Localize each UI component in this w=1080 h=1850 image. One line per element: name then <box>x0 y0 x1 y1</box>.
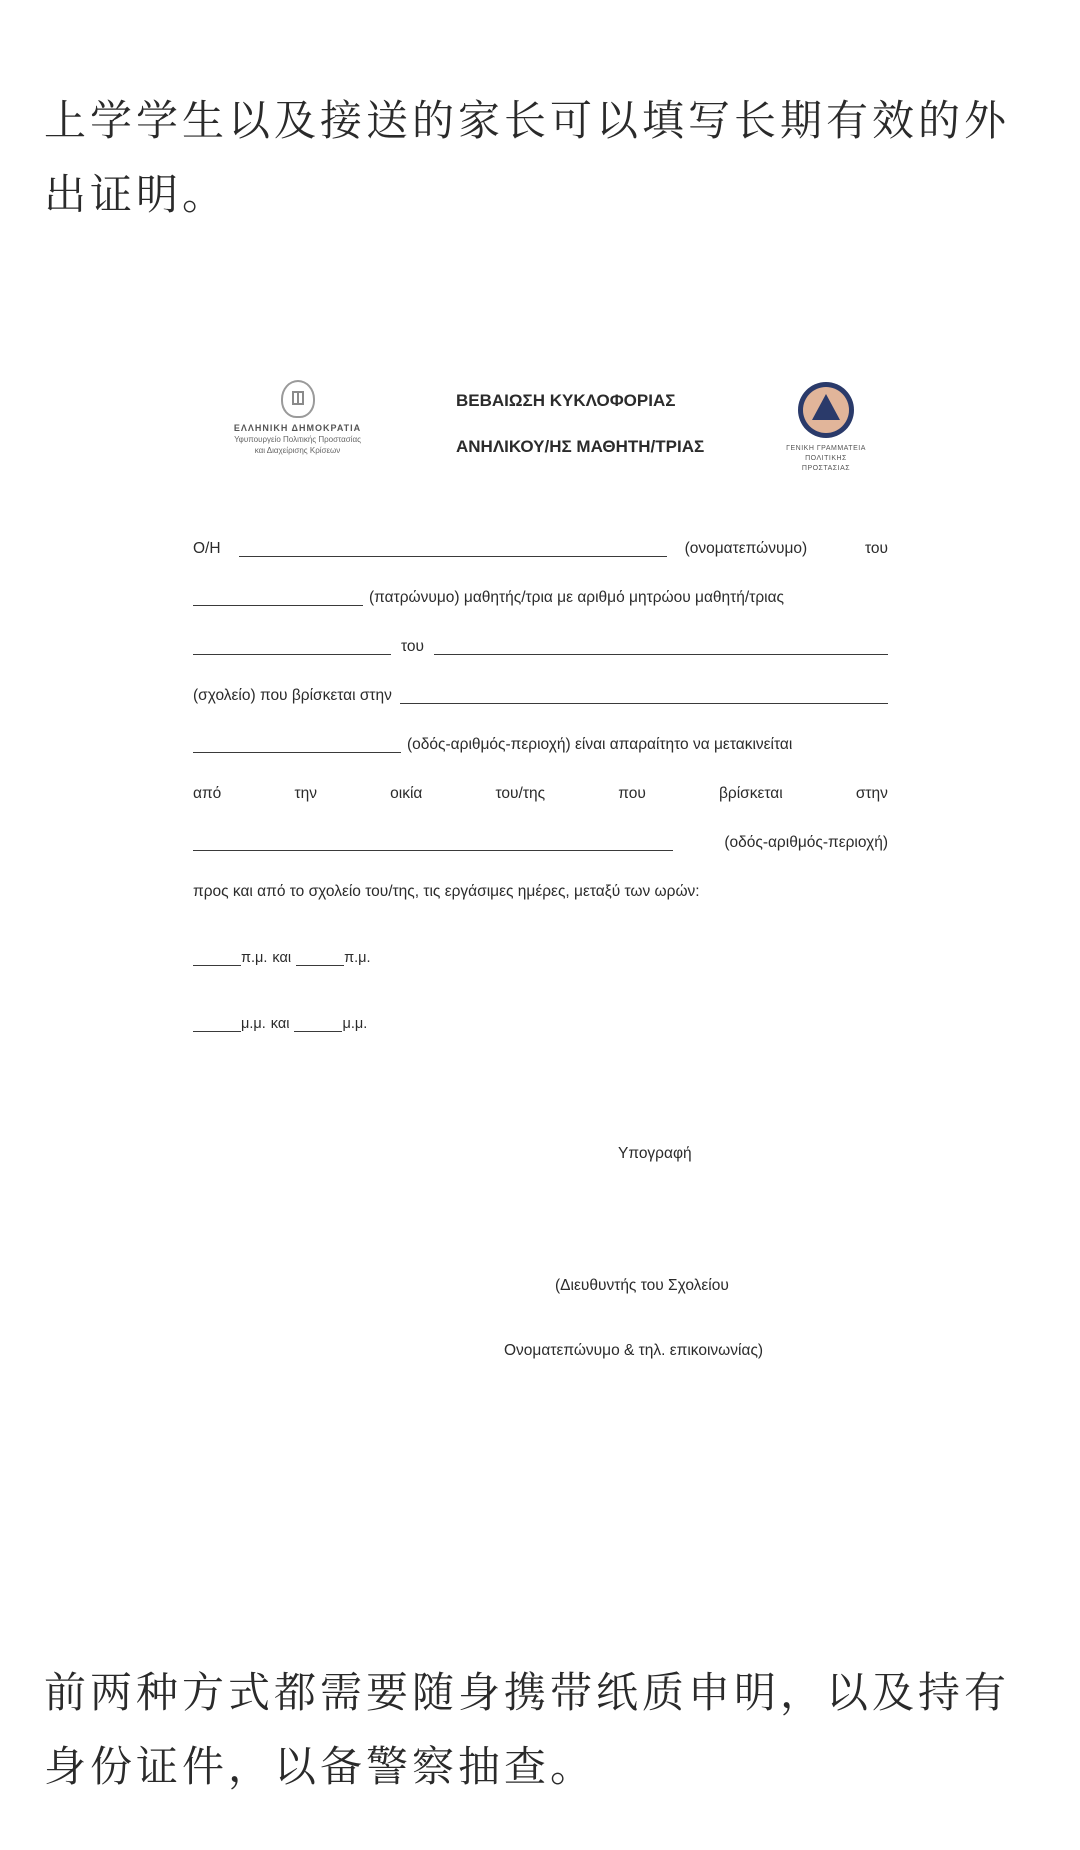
ministry-line-1: Υφυπουργείο Πολιτικής Προστασίας <box>210 434 385 445</box>
title-line-2: ΑΝΗΛΙΚΟΥ/ΗΣ ΜΑΘΗΤΗ/ΤΡΙΑΣ <box>456 436 756 458</box>
greek-coat-of-arms-icon <box>281 380 315 418</box>
director-line-2: Ονοματεπώνυμο & τηλ. επικοινωνίας) <box>504 1342 763 1360</box>
form-line-school-location: (σχολείο) που βρίσκεται στην <box>193 684 888 708</box>
civil-protection-badge-icon <box>798 382 854 438</box>
home-address-field[interactable] <box>193 832 673 851</box>
prefix-o-h: Ο/Η <box>193 537 221 561</box>
outro-paragraph: 前两种方式都需要随身携带纸质申明，以及持有身份证件，以备警察抽查。 <box>44 1656 1044 1804</box>
registry-number-field[interactable] <box>193 636 391 655</box>
of-word: του <box>401 635 424 659</box>
patronym-label: (πατρώνυμο) μαθητής/τρια με αριθμό μητρώ… <box>369 586 784 610</box>
school-address-continued-field[interactable] <box>193 734 401 753</box>
title-line-1: ΒΕΒΑΙΩΣΗ ΚΥΚΛΟΦΟΡΙΑΣ <box>456 390 756 412</box>
civil-protection-caption: ΓΕΝΙΚΗ ΓΡΑΜΜΑΤΕΙΑ ΠΟΛΙΤΙΚΗΣ ΠΡΟΣΤΑΣΙΑΣ <box>786 444 866 474</box>
movement-certificate-document: ΕΛΛΗΝΙΚΗ ΔΗΜΟΚΡΑΤΙΑ Υφυπουργείο Πολιτική… <box>0 0 1080 1850</box>
schedule-text: προς και από το σχολείο του/της, τις εργ… <box>193 880 700 904</box>
pm-start-field[interactable] <box>193 1013 241 1032</box>
director-line-1: (Διευθυντής του Σχολείου <box>555 1277 729 1295</box>
am-start-field[interactable] <box>193 947 241 966</box>
civil-protection-logo: ΓΕΝΙΚΗ ΓΡΑΜΜΑΤΕΙΑ ΠΟΛΙΤΙΚΗΣ ΠΡΟΣΤΑΣΙΑΣ <box>786 382 866 474</box>
pm-end-field[interactable] <box>294 1013 342 1032</box>
ministry-line-2: και Διαχείρισης Κρίσεων <box>210 445 385 456</box>
form-line-school-address: (οδός-αριθμός-περιοχή) είναι απαραίτητο … <box>193 733 888 757</box>
form-line-registry: του <box>193 635 888 659</box>
form-line-home: από την οικία του/της που βρίσκεται στην <box>193 782 888 806</box>
form-line-schedule: προς και από το σχολείο του/της, τις εργ… <box>193 880 888 904</box>
school-address-field[interactable] <box>400 685 888 704</box>
gov-name: ΕΛΛΗΝΙΚΗ ΔΗΜΟΚΡΑΤΙΑ <box>210 422 385 434</box>
of-word: του <box>865 537 888 561</box>
document-title: ΒΕΒΑΙΩΣΗ ΚΥΚΛΟΦΟΡΙΑΣ ΑΝΗΛΙΚΟΥ/ΗΣ ΜΑΘΗΤΗ/… <box>456 390 756 458</box>
form-line-home-address: (οδός-αριθμός-περιοχή) <box>193 831 888 855</box>
patronym-field[interactable] <box>193 587 363 606</box>
am-end-field[interactable] <box>296 947 344 966</box>
time-am-row: π.μ. και π.μ. <box>193 946 888 970</box>
full-name-label: (ονοματεπώνυμο) <box>685 537 808 561</box>
home-address-label: (οδός-αριθμός-περιοχή) <box>724 831 888 855</box>
school-name-field[interactable] <box>434 636 888 655</box>
hellenic-republic-logo: ΕΛΛΗΝΙΚΗ ΔΗΜΟΚΡΑΤΙΑ Υφυπουργείο Πολιτική… <box>210 380 385 456</box>
full-name-field[interactable] <box>239 538 667 557</box>
address-label: (οδός-αριθμός-περιοχή) είναι απαραίτητο … <box>407 733 792 757</box>
form-line-patronym: (πατρώνυμο) μαθητής/τρια με αριθμό μητρώ… <box>193 586 888 610</box>
form-line-name: Ο/Η (ονοματεπώνυμο) του <box>193 537 888 561</box>
time-pm-row: μ.μ. και μ.μ. <box>193 1012 888 1036</box>
signature-label: Υπογραφή <box>618 1145 692 1163</box>
school-location-label: (σχολείο) που βρίσκεται στην <box>193 684 392 708</box>
